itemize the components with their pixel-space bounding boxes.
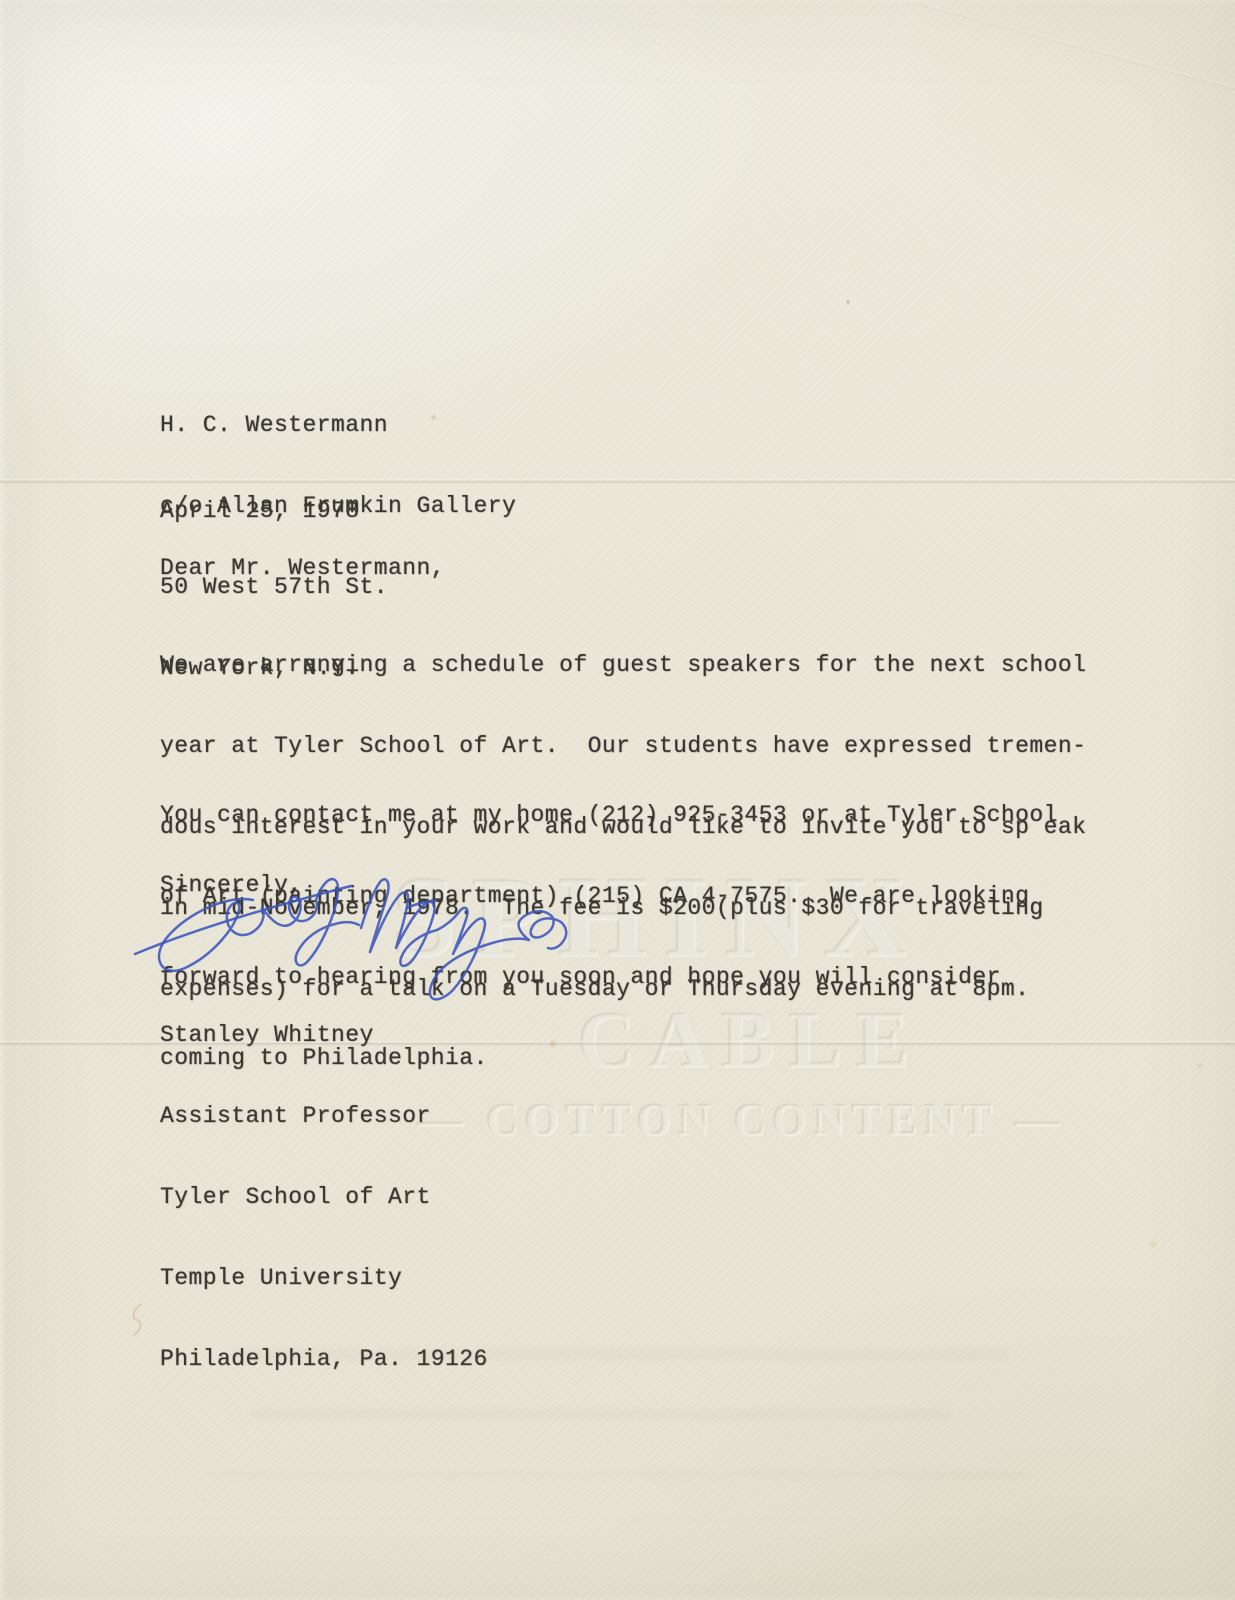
- signer-city-zip: Philadelphia, Pa. 19126: [160, 1346, 488, 1373]
- signer-university: Temple University: [160, 1265, 488, 1292]
- signer-title: Assistant Professor: [160, 1103, 488, 1130]
- letter-date: April 25, 1978: [160, 498, 360, 525]
- letter-page: SPHINX CABLE — COTTON CONTENT — H. C. We…: [0, 0, 1235, 1600]
- closing: Sincerely,: [160, 872, 303, 899]
- salutation: Dear Mr. Westermann,: [160, 555, 445, 582]
- ink-speck: [846, 300, 850, 304]
- signer-school: Tyler School of Art: [160, 1184, 488, 1211]
- body-line: We are arranging a schedule of guest spe…: [160, 652, 1086, 679]
- bleedthrough-ghost: [210, 1470, 1030, 1479]
- foxing-spot: [1148, 1240, 1159, 1249]
- recipient-name: H. C. Westermann: [160, 412, 516, 439]
- signer-block: Stanley Whitney Assistant Professor Tyle…: [160, 968, 488, 1427]
- stray-pen-mark: [125, 1300, 155, 1340]
- corner-crease: [907, 0, 1235, 114]
- body-line: You can contact me at my home (212) 925-…: [160, 802, 1058, 829]
- signer-name: Stanley Whitney: [160, 1022, 488, 1049]
- foxing-spot: [1196, 1062, 1204, 1069]
